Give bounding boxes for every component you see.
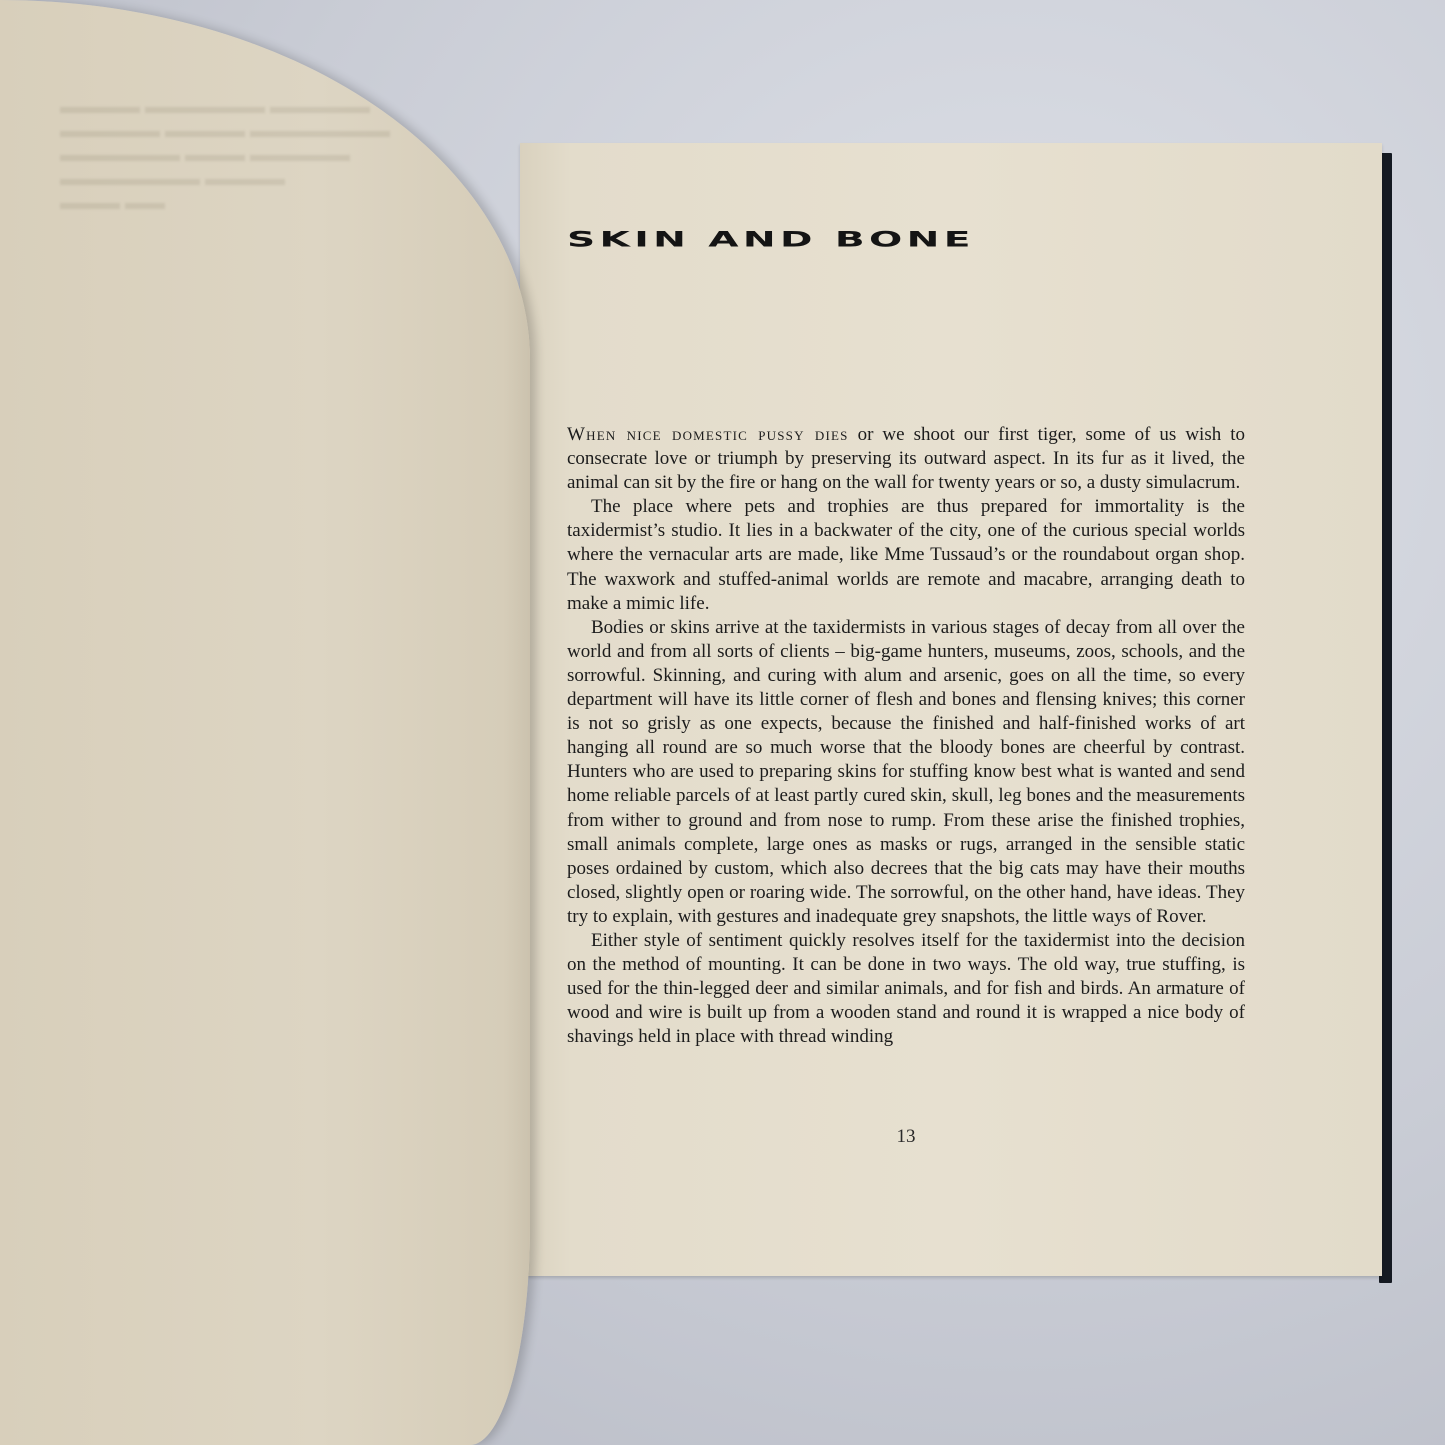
paragraph-3: Bodies or skins arrive at the taxidermis… (567, 616, 1245, 929)
chapter-title: SKIN AND BONE (567, 228, 1445, 252)
paragraph-4: Either style of sentiment quickly resolv… (567, 929, 1245, 1049)
body-text: When nice domestic pussy dies or we shoo… (567, 423, 1245, 1049)
paragraph-1: When nice domestic pussy dies or we shoo… (567, 423, 1245, 495)
opening-smallcaps: When nice domestic pussy dies (567, 424, 849, 445)
paragraph-2: The place where pets and trophies are th… (567, 495, 1245, 615)
page-number: 13 (567, 1126, 1245, 1148)
right-page-content: SKIN AND BONE When nice domestic pussy d… (567, 228, 1245, 259)
left-page: ▬▬▬▬ ▬▬▬▬▬▬ ▬▬▬▬▬▬▬▬▬▬ ▬▬▬▬ ▬▬▬▬▬▬▬▬▬▬▬▬… (0, 0, 530, 1445)
show-through-text: ▬▬▬▬ ▬▬▬▬▬▬ ▬▬▬▬▬▬▬▬▬▬ ▬▬▬▬ ▬▬▬▬▬▬▬▬▬▬▬▬… (60, 95, 500, 215)
